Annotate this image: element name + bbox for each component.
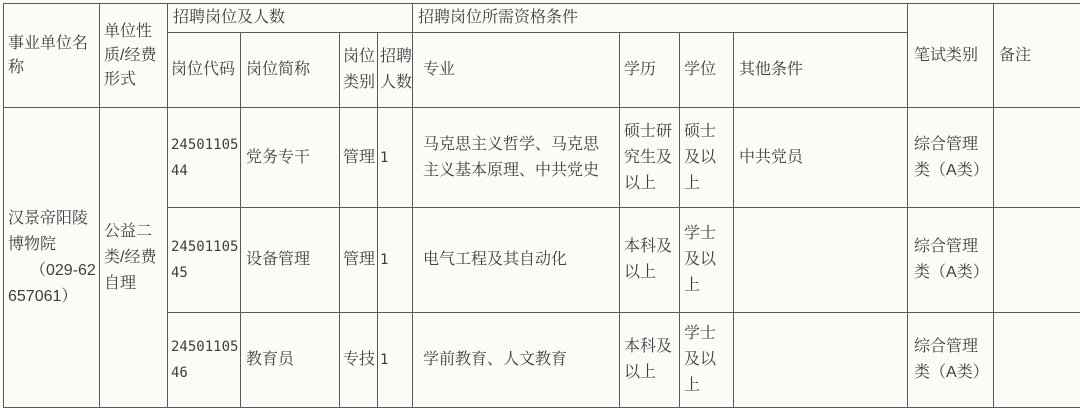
major-cell: 马克思主义哲学、马克思主义基本原理、中共党史 bbox=[413, 108, 620, 208]
header-row-groups: 事业单位名称 单位性质/经费形式 招聘岗位及人数 招聘岗位所需资格条件 笔试类别… bbox=[4, 4, 1080, 33]
header-post-name: 岗位简称 bbox=[241, 33, 340, 108]
post-category-cell: 管理 bbox=[340, 208, 378, 313]
institution-phone: （029-62657061） bbox=[8, 258, 97, 310]
other-conditions-cell: 中共党员 bbox=[734, 108, 908, 208]
post-code-cell: 2450110545 bbox=[168, 208, 241, 313]
education-cell: 硕士研究生及以上 bbox=[620, 108, 680, 208]
exam-type-cell: 综合管理类（A类） bbox=[908, 108, 994, 208]
other-conditions-cell bbox=[734, 313, 908, 398]
headcount-cell: 1 bbox=[378, 208, 413, 313]
institution-cell: 汉景帝阳陵博物院 （029-62657061） bbox=[4, 108, 100, 398]
degree-cell: 硕士及以上 bbox=[680, 108, 734, 208]
other-conditions-cell bbox=[734, 208, 908, 313]
table-row: 汉景帝阳陵博物院 （029-62657061） 公益二类/经费自理 245011… bbox=[4, 108, 1080, 208]
post-code-cell: 2450110546 bbox=[168, 313, 241, 398]
degree-cell: 学士及以上 bbox=[680, 313, 734, 398]
post-category-cell: 专技 bbox=[340, 313, 378, 398]
scanned-table-page: 事业单位名称 单位性质/经费形式 招聘岗位及人数 招聘岗位所需资格条件 笔试类别… bbox=[3, 3, 1080, 397]
headcount-cell: 1 bbox=[378, 313, 413, 398]
header-positions-group: 招聘岗位及人数 bbox=[168, 4, 413, 33]
header-other-conditions: 其他条件 bbox=[734, 33, 908, 108]
post-name-cell: 教育员 bbox=[241, 313, 340, 398]
header-qualifications-group: 招聘岗位所需资格条件 bbox=[413, 4, 908, 33]
header-remark: 备注 bbox=[994, 4, 1080, 108]
header-major: 专业 bbox=[413, 33, 620, 108]
header-institution: 事业单位名称 bbox=[4, 4, 100, 108]
exam-type-cell: 综合管理类（A类） bbox=[908, 313, 994, 398]
unit-type-cell: 公益二类/经费自理 bbox=[100, 108, 168, 398]
header-unit-type: 单位性质/经费形式 bbox=[100, 4, 168, 108]
education-cell: 本科及以上 bbox=[620, 208, 680, 313]
header-post-code: 岗位代码 bbox=[168, 33, 241, 108]
post-name-cell: 设备管理 bbox=[241, 208, 340, 313]
major-cell: 电气工程及其自动化 bbox=[413, 208, 620, 313]
remark-cell bbox=[994, 313, 1080, 398]
major-cell: 学前教育、人文教育 bbox=[413, 313, 620, 398]
post-name-cell: 党务专干 bbox=[241, 108, 340, 208]
header-degree: 学位 bbox=[680, 33, 734, 108]
post-code-cell: 2450110544 bbox=[168, 108, 241, 208]
institution-name: 汉景帝阳陵博物院 bbox=[8, 206, 97, 258]
remark-cell bbox=[994, 108, 1080, 208]
header-post-category: 岗位类别 bbox=[340, 33, 378, 108]
header-exam-type: 笔试类别 bbox=[908, 4, 994, 108]
post-category-cell: 管理 bbox=[340, 108, 378, 208]
exam-type-cell: 综合管理类（A类） bbox=[908, 208, 994, 313]
recruitment-positions-table: 事业单位名称 单位性质/经费形式 招聘岗位及人数 招聘岗位所需资格条件 笔试类别… bbox=[3, 3, 1080, 397]
headcount-cell: 1 bbox=[378, 108, 413, 208]
education-cell: 本科及以上 bbox=[620, 313, 680, 398]
degree-cell: 学士及以上 bbox=[680, 208, 734, 313]
header-education: 学历 bbox=[620, 33, 680, 108]
header-headcount: 招聘人数 bbox=[378, 33, 413, 108]
remark-cell bbox=[994, 208, 1080, 313]
